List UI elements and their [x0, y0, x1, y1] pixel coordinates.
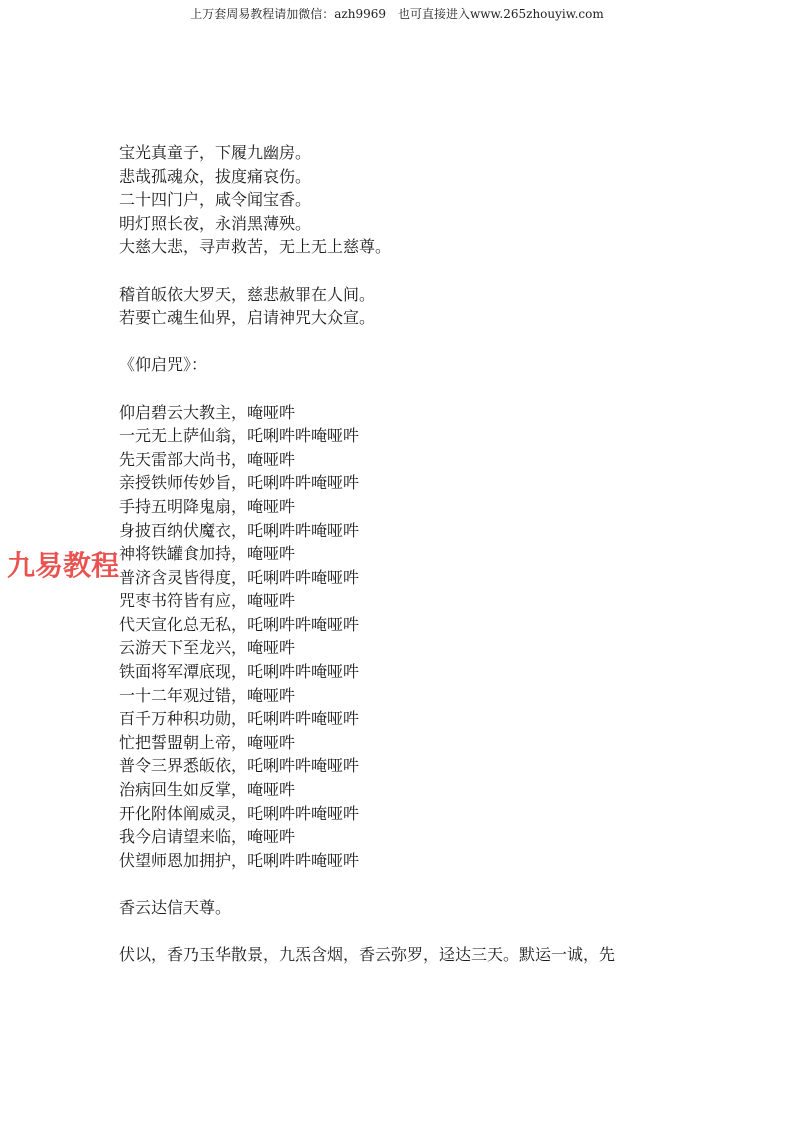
- verse-line: 稽首皈依大罗天，慈悲赦罪在人间。: [119, 283, 699, 307]
- incantation-line: 一十二年观过错，唵哑吽: [119, 684, 699, 708]
- incantation-line: 普济含灵皆得度，吒唎吽吽唵哑吽: [119, 566, 699, 590]
- incantation-line: 代天宣化总无私，吒唎吽吽唵哑吽: [119, 613, 699, 637]
- incantation-line: 仰启碧云大教主，唵哑吽: [119, 401, 699, 425]
- verse-1: 宝光真童子，下履九幽房。 悲哉孤魂众，拔度痛哀伤。 二十四门户，咸令闻宝香。 明…: [119, 141, 699, 259]
- incantation-line: 忙把誓盟朝上帝，唵哑吽: [119, 731, 699, 755]
- incantation-line: 我今启请望来临，唵哑吽: [119, 825, 699, 849]
- incantation-line: 手持五明降鬼扇，唵哑吽: [119, 495, 699, 519]
- closing-line: 香云达信天尊。: [119, 896, 699, 920]
- incantation: 仰启碧云大教主，唵哑吽 一元无上萨仙翁，吒唎吽吽唵哑吽 先天雷部大尚书，唵哑吽 …: [119, 401, 699, 873]
- incantation-line: 伏望师恩加拥护，吒唎吽吽唵哑吽: [119, 849, 699, 873]
- paragraph-gap: [119, 330, 699, 354]
- incantation-line: 云游天下至龙兴，唵哑吽: [119, 636, 699, 660]
- section-title: 《仰启咒》：: [119, 353, 699, 377]
- incantation-line: 神将铁罐食加持，唵哑吽: [119, 542, 699, 566]
- incantation-line: 亲授铁师传妙旨，吒唎吽吽唵哑吽: [119, 471, 699, 495]
- document-body: 宝光真童子，下履九幽房。 悲哉孤魂众，拔度痛哀伤。 二十四门户，咸令闻宝香。 明…: [119, 141, 699, 967]
- incantation-line: 治病回生如反掌，唵哑吽: [119, 778, 699, 802]
- paragraph-gap: [119, 872, 699, 896]
- paragraph-gap: [119, 259, 699, 283]
- incantation-line: 先天雷部大尚书，唵哑吽: [119, 448, 699, 472]
- incantation-line: 开化附体阐威灵，吒唎吽吽唵哑吽: [119, 802, 699, 826]
- verse-line: 大慈大悲，寻声救苦，无上无上慈尊。: [119, 235, 699, 259]
- brand-watermark: 九易教程: [7, 544, 119, 584]
- incantation-line: 铁面将军潭底现，吒唎吽吽唵哑吽: [119, 660, 699, 684]
- incantation-line: 一元无上萨仙翁，吒唎吽吽唵哑吽: [119, 424, 699, 448]
- verse-line: 悲哉孤魂众，拔度痛哀伤。: [119, 165, 699, 189]
- incantation-line: 普令三界悉皈依，吒唎吽吽唵哑吽: [119, 754, 699, 778]
- prose-paragraph: 伏以，香乃玉华散景，九炁含烟，香云弥罗，迳达三天。默运一诚，先: [119, 943, 699, 967]
- verse-2: 稽首皈依大罗天，慈悲赦罪在人间。 若要亡魂生仙界，启请神咒大众宣。: [119, 283, 699, 330]
- header-watermark-note: 上万套周易教程请加微信：azh9969 也可直接进入www.265zhouyiw…: [0, 5, 794, 22]
- paragraph-gap: [119, 920, 699, 944]
- verse-line: 宝光真童子，下履九幽房。: [119, 141, 699, 165]
- incantation-line: 身披百纳伏魔衣，吒唎吽吽唵哑吽: [119, 519, 699, 543]
- verse-line: 明灯照长夜，永消黑薄殃。: [119, 212, 699, 236]
- paragraph-gap: [119, 377, 699, 401]
- incantation-line: 百千万种积功勋，吒唎吽吽唵哑吽: [119, 707, 699, 731]
- verse-line: 若要亡魂生仙界，启请神咒大众宣。: [119, 306, 699, 330]
- verse-line: 二十四门户，咸令闻宝香。: [119, 188, 699, 212]
- incantation-line: 咒枣书符皆有应，唵哑吽: [119, 589, 699, 613]
